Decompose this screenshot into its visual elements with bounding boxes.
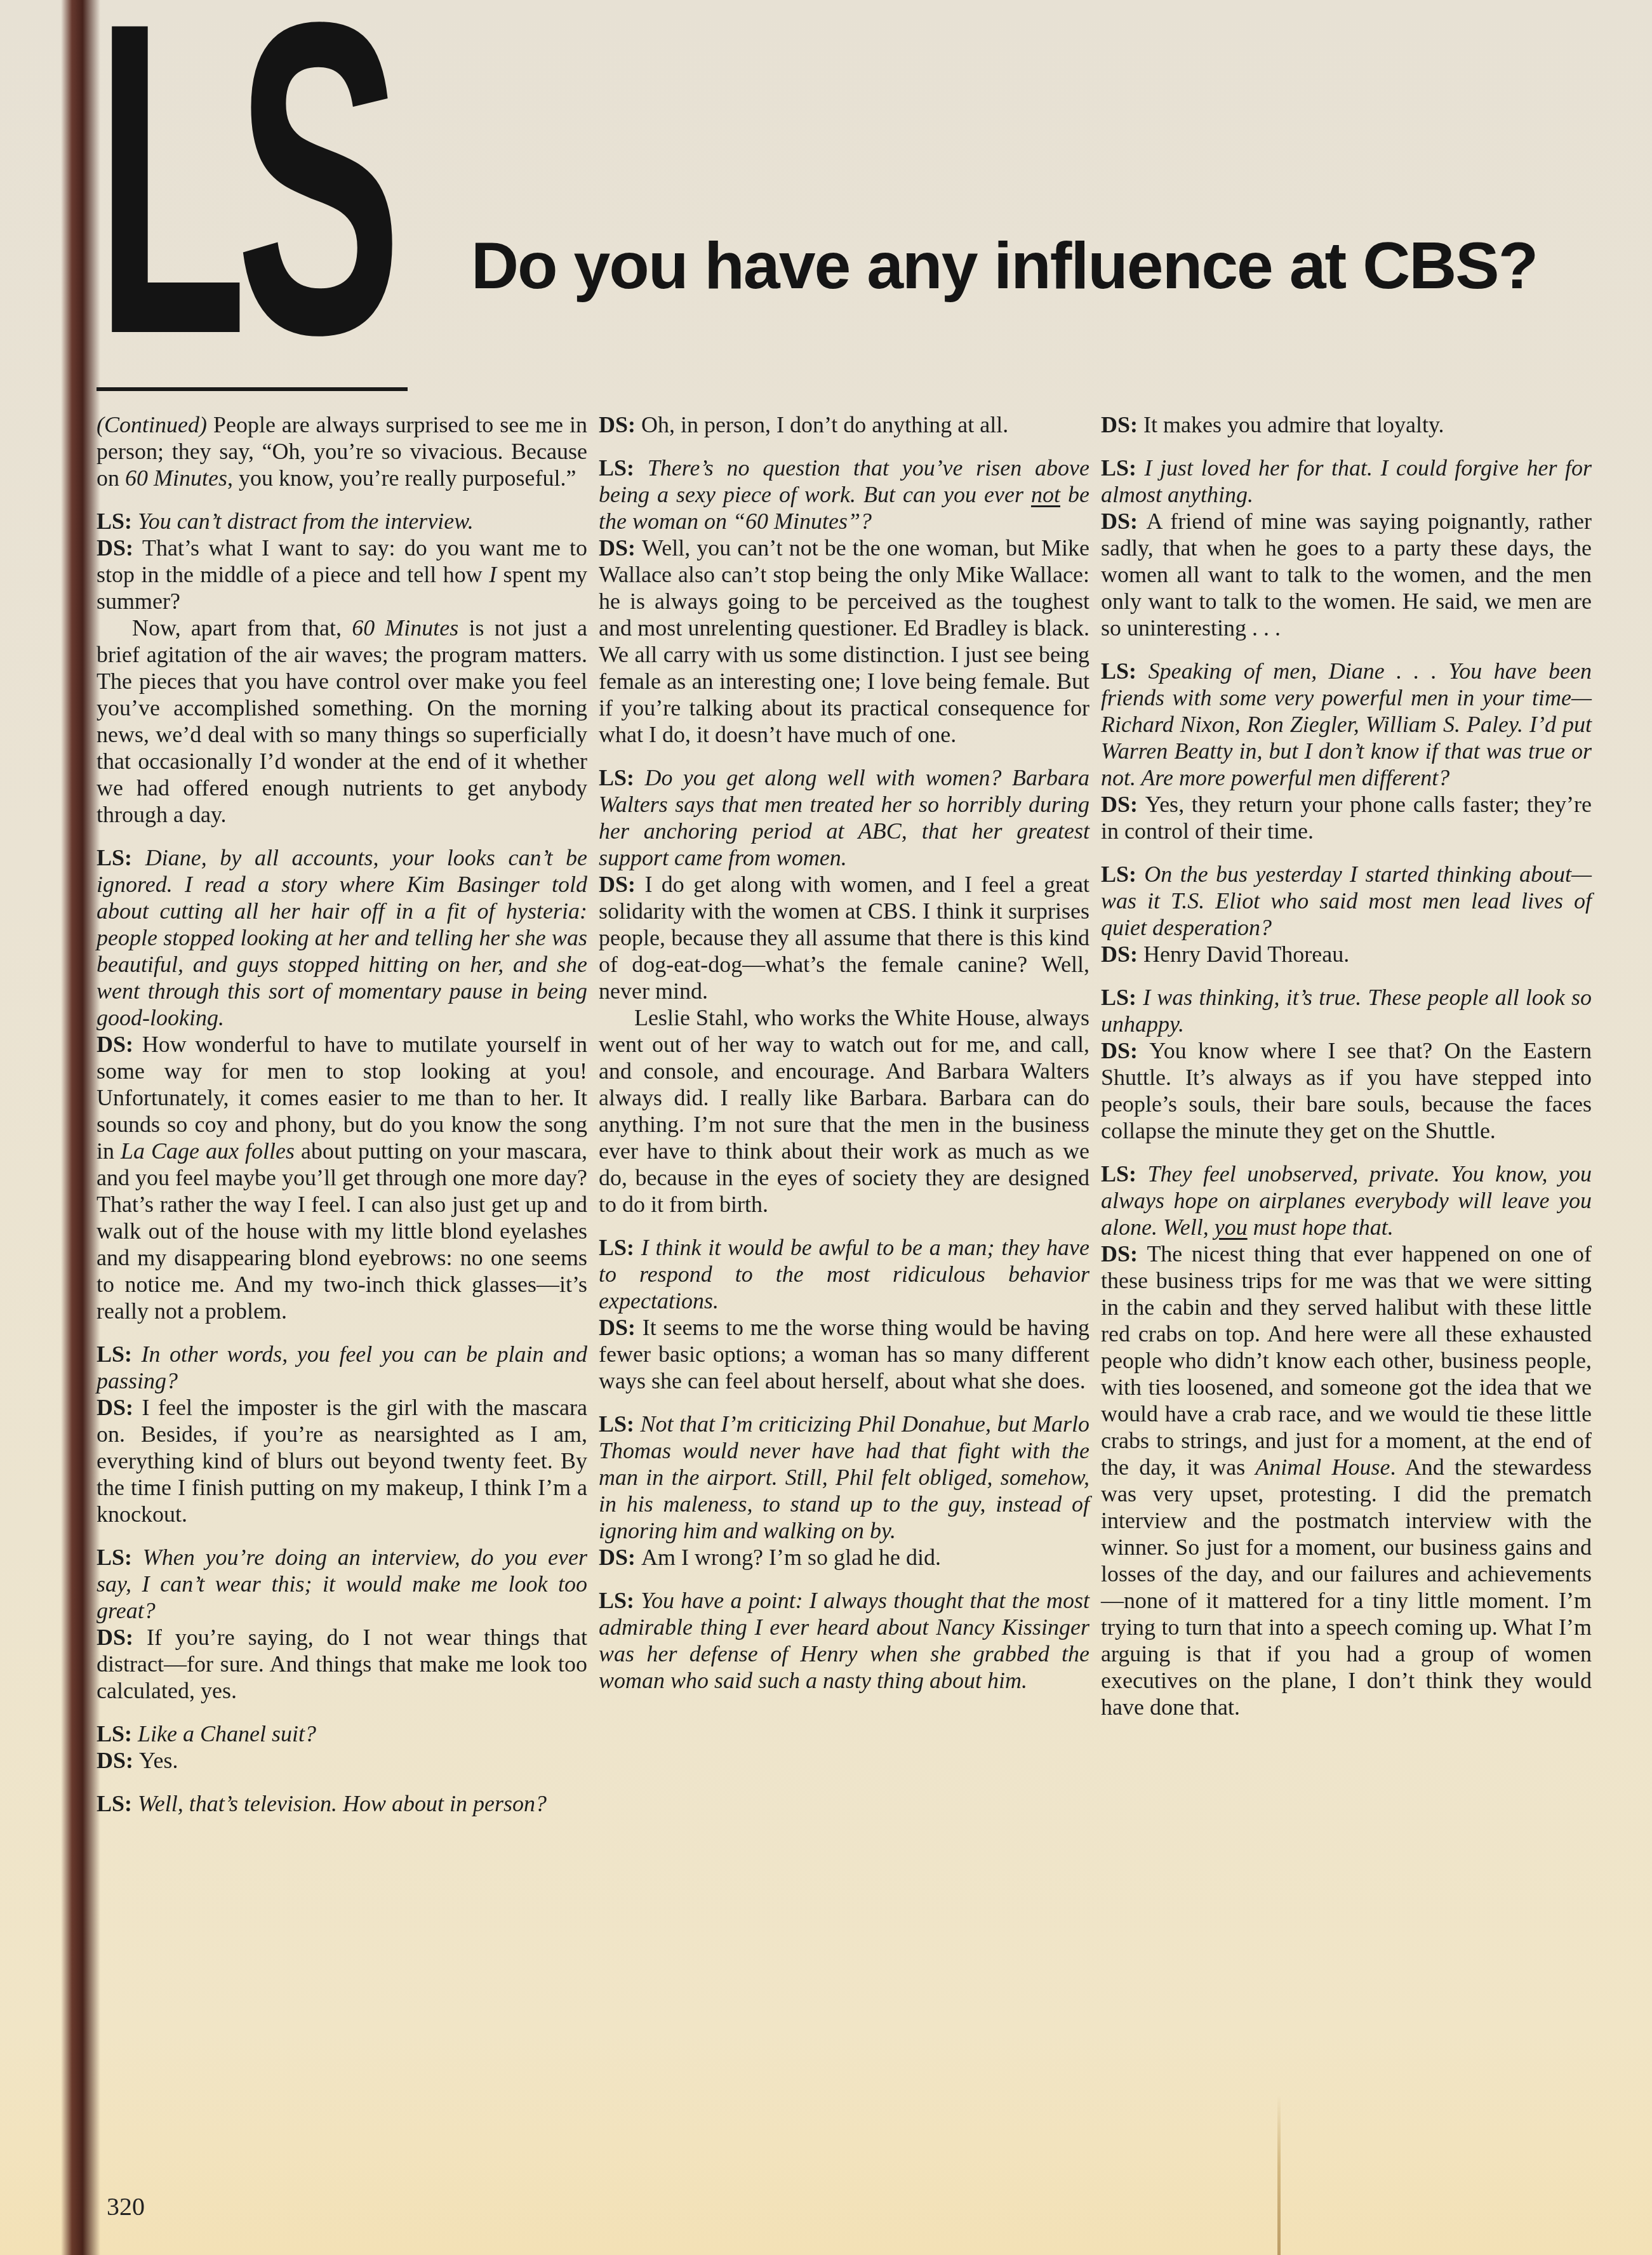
- paragraph: DS: It makes you admire that loyalty.: [1101, 411, 1592, 438]
- text-segment: It makes you admire that loyalty.: [1143, 412, 1444, 437]
- paragraph: LS: There’s no question that you’ve rise…: [599, 455, 1089, 535]
- text-segment: Oh, in person, I don’t do anything at al…: [641, 412, 1008, 437]
- text-segment: Well, that’s television. How about in pe…: [138, 1791, 547, 1816]
- speaker-label: LS:: [97, 1341, 142, 1367]
- text-segment: 60 Minutes: [125, 465, 227, 491]
- text-segment: you: [1215, 1214, 1248, 1240]
- text-segment: (Continued): [97, 412, 213, 437]
- paragraph: DS: You know where I see that? On the Ea…: [1101, 1037, 1592, 1144]
- speaker-label: DS:: [599, 872, 644, 897]
- speaker-label: LS:: [97, 1545, 143, 1570]
- text-segment: Speaking of men, Diane . . . You have be…: [1101, 658, 1592, 790]
- text-segment: A friend of mine was saying poignantly, …: [1101, 509, 1592, 641]
- speaker-label: DS:: [97, 1032, 142, 1057]
- speaker-label: LS:: [1101, 658, 1148, 684]
- text-segment: Am I wrong? I’m so glad he did.: [641, 1545, 941, 1570]
- speaker-label: LS:: [599, 1411, 641, 1437]
- speaker-label: LS:: [599, 1235, 641, 1260]
- speaker-label: DS:: [97, 1625, 147, 1650]
- speaker-label: LS:: [97, 845, 145, 870]
- text-segment: Well, you can’t not be the one woman, bu…: [599, 535, 1089, 747]
- text-segment: . And the stewardess was very upset, pro…: [1101, 1454, 1592, 1720]
- text-segment: Like a Chanel suit?: [138, 1721, 316, 1746]
- speaker-label: LS:: [1101, 861, 1144, 887]
- paragraph: (Continued) People are always surprised …: [97, 411, 587, 491]
- text-segment: It seems to me the worse thing would be …: [599, 1315, 1089, 1394]
- paragraph: DS: Yes.: [97, 1747, 587, 1774]
- paragraph: LS: I think it would be awful to be a ma…: [599, 1234, 1089, 1314]
- text-segment: You can’t distract from the interview.: [138, 509, 474, 534]
- speaker-label: DS:: [1101, 1038, 1149, 1063]
- text-segment: I think it would be awful to be a man; t…: [599, 1235, 1089, 1314]
- paragraph: LS: Do you get along well with women? Ba…: [599, 764, 1089, 871]
- speaker-label: DS:: [599, 412, 641, 437]
- paragraph: DS: Am I wrong? I’m so glad he did.: [599, 1544, 1089, 1571]
- paragraph: LS: I was thinking, it’s true. These peo…: [1101, 984, 1592, 1037]
- speaker-label: DS:: [97, 1748, 139, 1773]
- speaker-label: DS:: [599, 1545, 641, 1570]
- text-segment: Leslie Stahl, who works the White House,…: [599, 1005, 1089, 1217]
- masthead-logo: LS: [95, 17, 390, 348]
- paragraph: LS: Diane, by all accounts, your looks c…: [97, 844, 587, 1031]
- text-segment: You have a point: I always thought that …: [599, 1588, 1089, 1693]
- text-segment: If you’re saying, do I not wear things t…: [97, 1625, 587, 1703]
- scan-crease-mark: [1277, 2095, 1281, 2255]
- speaker-label: LS:: [599, 455, 648, 481]
- paragraph: DS: If you’re saying, do I not wear thin…: [97, 1624, 587, 1704]
- column-1: (Continued) People are always surprised …: [97, 411, 587, 1817]
- text-segment: I just loved her for that. I could forgi…: [1101, 455, 1592, 507]
- divider-rule: [97, 387, 408, 391]
- text-segment: not: [1031, 482, 1060, 507]
- text-segment: Henry David Thoreau.: [1143, 941, 1349, 967]
- speaker-label: LS:: [97, 1791, 138, 1816]
- text-segment: Yes, they return your phone calls faster…: [1101, 792, 1592, 844]
- paragraph: DS: Henry David Thoreau.: [1101, 941, 1592, 968]
- paragraph: DS: I do get along with women, and I fee…: [599, 871, 1089, 1004]
- article-columns: (Continued) People are always surprised …: [97, 411, 1595, 1817]
- paragraph: DS: The nicest thing that ever happened …: [1101, 1241, 1592, 1720]
- paragraph: LS: Well, that’s television. How about i…: [97, 1790, 587, 1817]
- scan-gutter-shadow: [61, 0, 100, 2255]
- paragraph: LS: They feel unobserved, private. You k…: [1101, 1161, 1592, 1241]
- speaker-label: LS:: [599, 1588, 641, 1613]
- headline: Do you have any influence at CBS?: [471, 229, 1537, 304]
- paragraph: DS: How wonderful to have to mutilate yo…: [97, 1031, 587, 1324]
- text-segment: Diane, by all accounts, your looks can’t…: [97, 845, 587, 1030]
- paragraph: LS: Speaking of men, Diane . . . You hav…: [1101, 658, 1592, 791]
- text-segment: La Cage aux folles: [121, 1138, 295, 1164]
- text-segment: There’s no question that you’ve risen ab…: [599, 455, 1089, 507]
- paragraph: DS: Well, you can’t not be the one woman…: [599, 535, 1089, 748]
- speaker-label: DS:: [1101, 1241, 1147, 1267]
- text-segment: When you’re doing an interview, do you e…: [97, 1545, 587, 1623]
- speaker-label: DS:: [1101, 792, 1145, 817]
- speaker-label: LS:: [1101, 455, 1145, 481]
- speaker-label: LS:: [97, 1721, 138, 1746]
- text-segment: about putting on your mascara, and you f…: [97, 1138, 587, 1324]
- text-segment: Yes.: [139, 1748, 178, 1773]
- paragraph: DS: A friend of mine was saying poignant…: [1101, 508, 1592, 641]
- speaker-label: DS:: [1101, 412, 1143, 437]
- paragraph: DS: Yes, they return your phone calls fa…: [1101, 791, 1592, 844]
- speaker-label: DS:: [599, 535, 642, 561]
- paragraph: Leslie Stahl, who works the White House,…: [599, 1004, 1089, 1218]
- text-segment: Animal House: [1255, 1454, 1390, 1480]
- speaker-label: LS:: [1101, 985, 1143, 1010]
- paragraph: LS: Like a Chanel suit?: [97, 1720, 587, 1747]
- speaker-label: DS:: [97, 535, 142, 561]
- paragraph: LS: When you’re doing an interview, do y…: [97, 1544, 587, 1624]
- paragraph: LS: On the bus yesterday I started think…: [1101, 861, 1592, 941]
- paragraph: LS: In other words, you feel you can be …: [97, 1341, 587, 1394]
- text-segment: Do you get along well with women? Barbar…: [599, 765, 1089, 870]
- text-segment: You know where I see that? On the Easter…: [1101, 1038, 1592, 1143]
- text-segment: 60 Minutes: [352, 615, 458, 641]
- paragraph: DS: I feel the imposter is the girl with…: [97, 1394, 587, 1527]
- paragraph: LS: You can’t distract from the intervie…: [97, 508, 587, 535]
- paragraph: LS: I just loved her for that. I could f…: [1101, 455, 1592, 508]
- text-segment: must hope that.: [1248, 1214, 1394, 1240]
- paragraph: LS: Not that I’m criticizing Phil Donahu…: [599, 1411, 1089, 1544]
- magazine-page: LS Do you have any influence at CBS? (Co…: [0, 0, 1652, 2255]
- text-segment: I was thinking, it’s true. These people …: [1101, 985, 1592, 1037]
- text-segment: On the bus yesterday I started thinking …: [1101, 861, 1592, 940]
- speaker-label: DS:: [97, 1395, 142, 1420]
- speaker-label: DS:: [1101, 941, 1143, 967]
- text-segment: , you know, you’re really purposeful.”: [227, 465, 576, 491]
- page-number: 320: [107, 2192, 145, 2221]
- paragraph: LS: You have a point: I always thought t…: [599, 1587, 1089, 1694]
- text-segment: I do get along with women, and I feel a …: [599, 872, 1089, 1004]
- text-segment: Not that I’m criticizing Phil Donahue, b…: [599, 1411, 1089, 1543]
- speaker-label: LS:: [599, 765, 644, 790]
- speaker-label: DS:: [1101, 509, 1147, 534]
- text-segment: The nicest thing that ever happened on o…: [1101, 1241, 1592, 1480]
- text-segment: I feel the imposter is the girl with the…: [97, 1395, 587, 1527]
- column-2: DS: Oh, in person, I don’t do anything a…: [599, 411, 1089, 1694]
- text-segment: Now, apart from that,: [132, 615, 352, 641]
- text-segment: I: [489, 562, 496, 587]
- speaker-label: LS:: [97, 509, 138, 534]
- paragraph: DS: That’s what I want to say: do you wa…: [97, 535, 587, 615]
- text-segment: In other words, you feel you can be plai…: [97, 1341, 587, 1394]
- paragraph: Now, apart from that, 60 Minutes is not …: [97, 615, 587, 828]
- paragraph: DS: It seems to me the worse thing would…: [599, 1314, 1089, 1394]
- text-segment: is not just a brief agitation of the air…: [97, 615, 587, 827]
- speaker-label: DS:: [599, 1315, 643, 1340]
- column-3: DS: It makes you admire that loyalty.LS:…: [1101, 411, 1592, 1720]
- speaker-label: LS:: [1101, 1161, 1147, 1187]
- paragraph: DS: Oh, in person, I don’t do anything a…: [599, 411, 1089, 438]
